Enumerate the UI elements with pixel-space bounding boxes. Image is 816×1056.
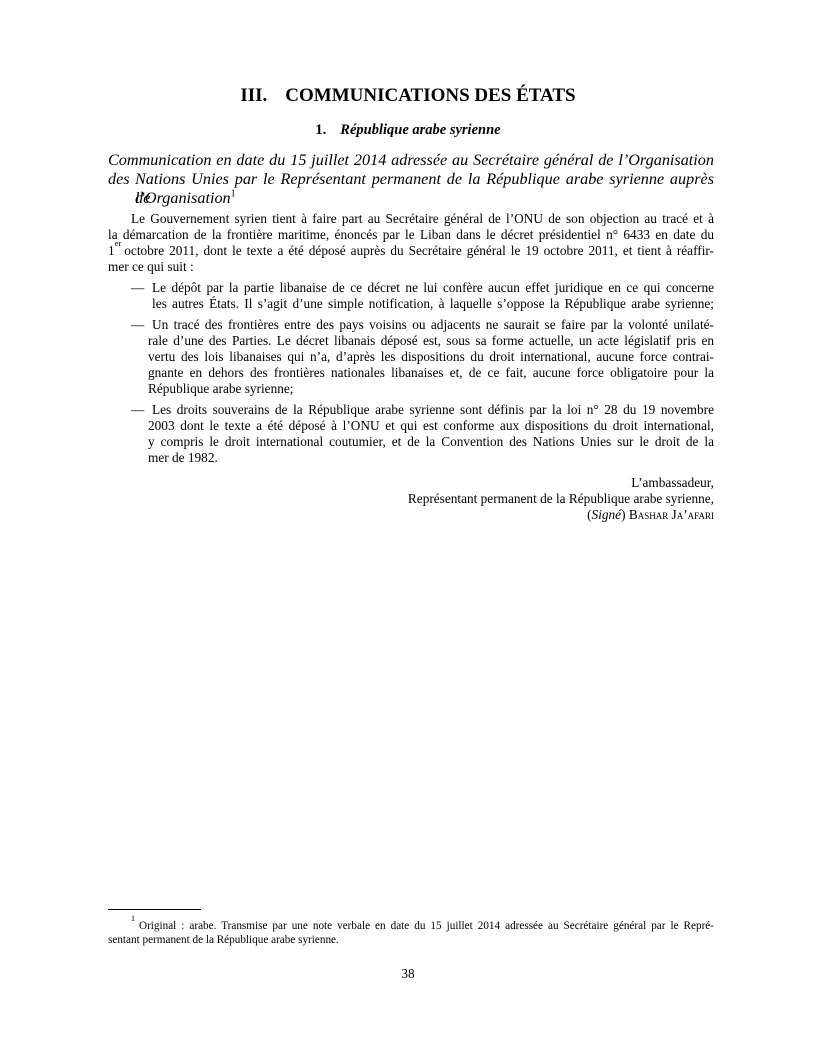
signature-title: L’ambassadeur, xyxy=(631,475,714,491)
footnote-ref[interactable]: 1 xyxy=(231,189,236,200)
paragraph-line: la démarcation de la frontière maritime,… xyxy=(108,227,714,243)
dash-bullet: — xyxy=(131,402,144,418)
paragraph-line: Le Gouvernement syrien tient à faire par… xyxy=(131,211,714,227)
paragraph-line: mer ce qui suit : xyxy=(108,259,194,275)
point-line: mer de 1982. xyxy=(148,450,218,466)
page-number: 38 xyxy=(0,966,816,982)
point-line: rale d’une des Parties. Le décret libana… xyxy=(148,333,714,349)
footnote-separator xyxy=(108,909,201,910)
subsection-number: 1. xyxy=(315,122,326,138)
section-heading: III.COMMUNICATIONS DES ÉTATS xyxy=(0,84,816,108)
point-line: Le dépôt par la partie libanaise de ce d… xyxy=(152,280,714,296)
subsection-heading: 1.République arabe syrienne xyxy=(0,121,816,139)
signed-label: Signé xyxy=(592,507,622,522)
point-line: vertu des lois libanaises qui n’a, d’apr… xyxy=(148,349,714,365)
footnote-line: sentant permanent de la République arabe… xyxy=(108,933,339,947)
document-page: III.COMMUNICATIONS DES ÉTATS 1.Républiqu… xyxy=(0,0,816,1056)
point-line: 2003 dont le texte a été déposé à l’ONU … xyxy=(148,418,714,434)
dash-bullet: — xyxy=(131,317,144,333)
section-number: III. xyxy=(240,85,267,106)
signatory-name: Bashar Ja’afari xyxy=(629,507,714,522)
paragraph-line: 1eroctobre 2011, dont le texte a été dép… xyxy=(108,243,714,259)
dash-bullet: — xyxy=(131,280,144,296)
communication-heading-line: l’Organisation1 xyxy=(135,189,236,208)
footnote-marker: 1 xyxy=(131,919,135,933)
footnote-line: 1Original : arabe. Transmise par une not… xyxy=(131,919,714,933)
signature-role: Représentant permanent de la République … xyxy=(408,491,714,507)
signature-name-line: (Signé) Bashar Ja’afari xyxy=(587,507,714,523)
point-line: les autres États. Il s’agit d’une simple… xyxy=(152,296,714,312)
point-line: gnante en dehors des frontières national… xyxy=(148,365,714,381)
point-line: y compris le droit international coutumi… xyxy=(148,434,714,450)
section-title: COMMUNICATIONS DES ÉTATS xyxy=(285,85,575,106)
point-line: République arabe syrienne; xyxy=(148,381,293,397)
point-line: Un tracé des frontières entre des pays v… xyxy=(152,317,714,333)
point-line: Les droits souverains de la République a… xyxy=(152,402,714,418)
subsection-title: République arabe syrienne xyxy=(340,122,500,138)
